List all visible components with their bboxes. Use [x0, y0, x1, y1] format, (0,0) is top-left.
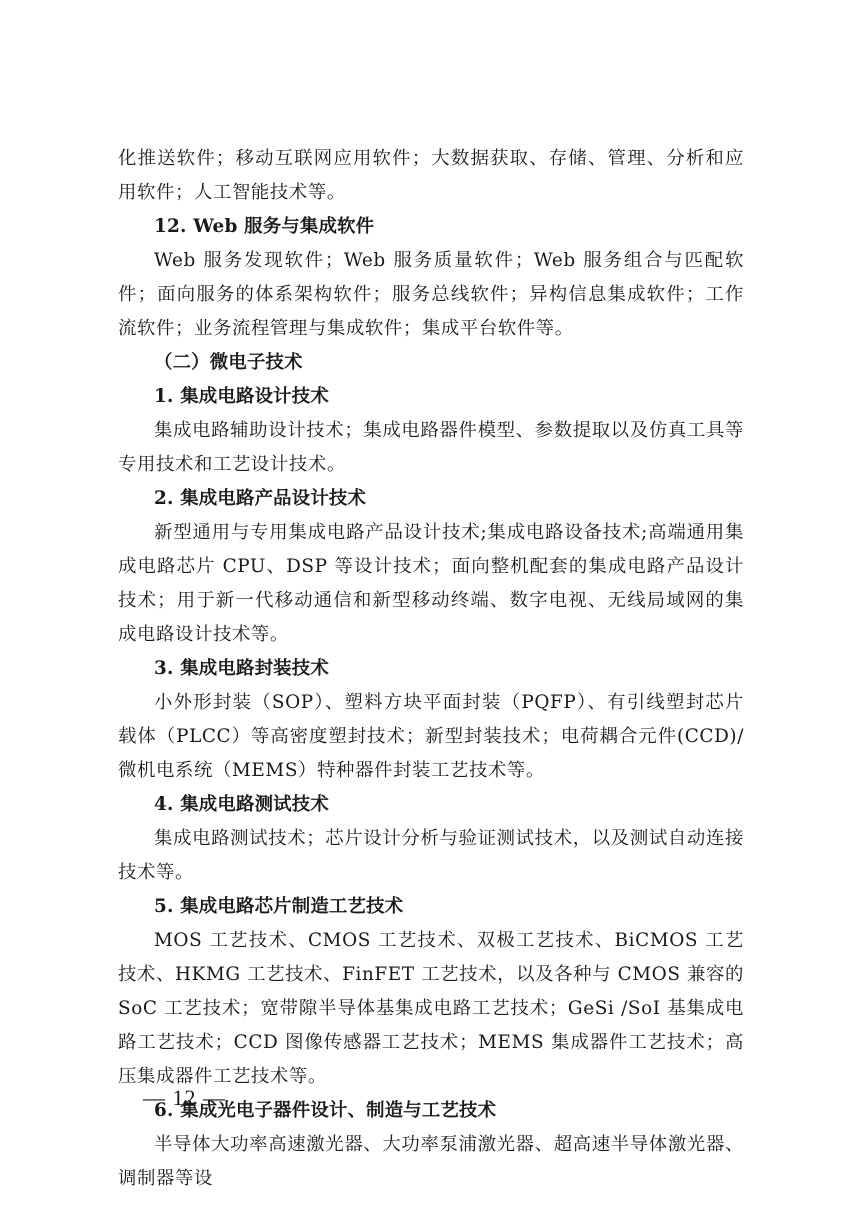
heading-ic-manufacturing: 5. 集成电路芯片制造工艺技术 [118, 890, 744, 924]
heading-ic-product-design: 2. 集成电路产品设计技术 [118, 482, 744, 516]
paragraph-ic-manufacturing: MOS 工艺技术、CMOS 工艺技术、双极工艺技术、BiCMOS 工艺技术、HK… [118, 924, 744, 1094]
paragraph-ic-product-design: 新型通用与专用集成电路产品设计技术;集成电路设备技术;高端通用集成电路芯片 CP… [118, 516, 744, 652]
heading-ic-testing: 4. 集成电路测试技术 [118, 788, 744, 822]
paragraph-ic-packaging: 小外形封装（SOP）、塑料方块平面封装（PQFP）、有引线塑封芯片载体（PLCC… [118, 686, 744, 788]
document-page: 化推送软件；移动互联网应用软件；大数据获取、存储、管理、分析和应用软件；人工智能… [0, 0, 860, 1216]
document-body: 化推送软件；移动互联网应用软件；大数据获取、存储、管理、分析和应用软件；人工智能… [118, 142, 744, 1196]
section-heading-microelectronics: （二）微电子技术 [118, 346, 744, 380]
paragraph-web-services: Web 服务发现软件；Web 服务质量软件；Web 服务组合与匹配软件；面向服务… [118, 244, 744, 346]
paragraph-ic-design: 集成电路辅助设计技术；集成电路器件模型、参数提取以及仿真工具等专用技术和工艺设计… [118, 414, 744, 482]
heading-ic-design: 1. 集成电路设计技术 [118, 380, 744, 414]
paragraph-continued: 化推送软件；移动互联网应用软件；大数据获取、存储、管理、分析和应用软件；人工智能… [118, 142, 744, 210]
paragraph-optoelectronics: 半导体大功率高速激光器、大功率泵浦激光器、超高速半导体激光器、调制器等设 [118, 1128, 744, 1196]
paragraph-ic-testing: 集成电路测试技术；芯片设计分析与验证测试技术，以及测试自动连接技术等。 [118, 822, 744, 890]
page-number: — 12 — [143, 1085, 226, 1111]
heading-web-services: 12. Web 服务与集成软件 [118, 210, 744, 244]
heading-ic-packaging: 3. 集成电路封装技术 [118, 652, 744, 686]
